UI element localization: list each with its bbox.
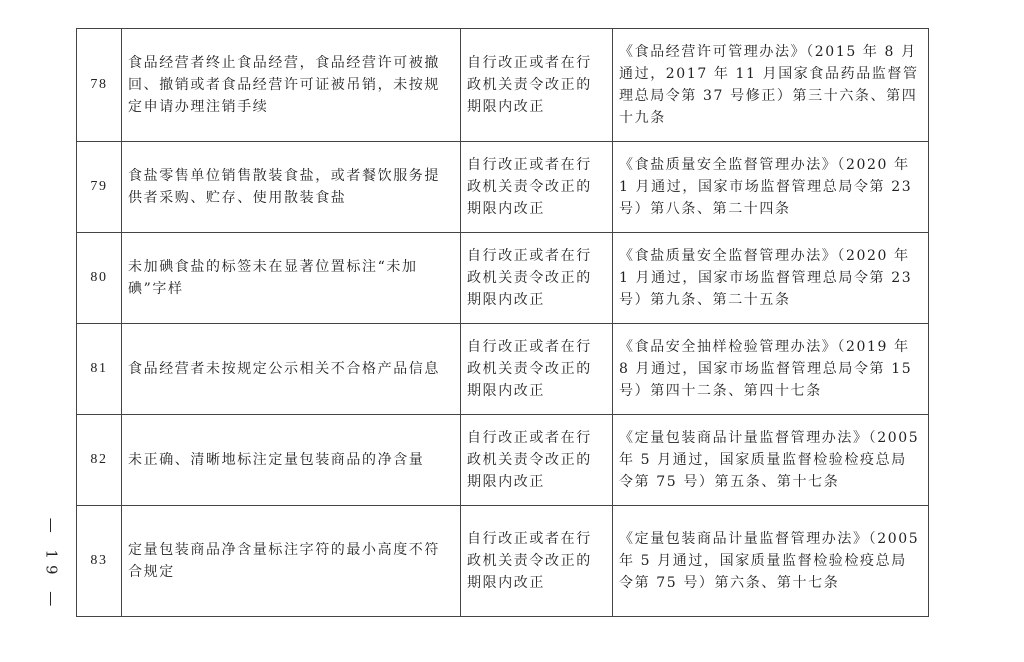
legal-basis: 《食品安全抽样检验管理办法》（2019 年 8 月通过，国家市场监督管理总局令第… <box>613 324 929 415</box>
violation-description: 食盐零售单位销售散装食盐，或者餐饮服务提供者采购、贮存、使用散装食盐 <box>122 142 461 233</box>
legal-basis: 《食品经营许可管理办法》（2015 年 8 月通过，2017 年 11 月国家食… <box>613 29 929 142</box>
correction-condition: 自行改正或者在行政机关责令改正的期限内改正 <box>461 324 613 415</box>
row-number: 79 <box>77 142 122 233</box>
violation-description: 食品经营者终止食品经营，食品经营许可被撤回、撤销或者食品经营许可证被吊销，未按规… <box>122 29 461 142</box>
table-row: 80 未加碘食盐的标签未在显著位置标注“未加碘”字样 自行改正或者在行政机关责令… <box>77 233 929 324</box>
legal-basis: 《食盐质量安全监督管理办法》（2020 年 1 月通过，国家市场监督管理总局令第… <box>613 233 929 324</box>
violation-description: 未加碘食盐的标签未在显著位置标注“未加碘”字样 <box>122 233 461 324</box>
violation-description: 未正确、清晰地标注定量包装商品的净含量 <box>122 415 461 506</box>
correction-condition: 自行改正或者在行政机关责令改正的期限内改正 <box>461 233 613 324</box>
table-row: 78 食品经营者终止食品经营，食品经营许可被撤回、撤销或者食品经营许可证被吊销，… <box>77 29 929 142</box>
correction-condition: 自行改正或者在行政机关责令改正的期限内改正 <box>461 142 613 233</box>
row-number: 83 <box>77 506 122 617</box>
page-number: — 19 — <box>36 520 66 610</box>
violations-table: 78 食品经营者终止食品经营，食品经营许可被撤回、撤销或者食品经营许可证被吊销，… <box>76 28 929 617</box>
table-row: 82 未正确、清晰地标注定量包装商品的净含量 自行改正或者在行政机关责令改正的期… <box>77 415 929 506</box>
row-number: 82 <box>77 415 122 506</box>
legal-basis: 《食盐质量安全监督管理办法》（2020 年 1 月通过，国家市场监督管理总局令第… <box>613 142 929 233</box>
table-row: 81 食品经营者未按规定公示相关不合格产品信息 自行改正或者在行政机关责令改正的… <box>77 324 929 415</box>
violation-description: 定量包装商品净含量标注字符的最小高度不符合规定 <box>122 506 461 617</box>
legal-basis: 《定量包装商品计量监督管理办法》（2005 年 5 月通过，国家质量监督检验检疫… <box>613 506 929 617</box>
row-number: 80 <box>77 233 122 324</box>
table-row: 79 食盐零售单位销售散装食盐，或者餐饮服务提供者采购、贮存、使用散装食盐 自行… <box>77 142 929 233</box>
correction-condition: 自行改正或者在行政机关责令改正的期限内改正 <box>461 29 613 142</box>
row-number: 78 <box>77 29 122 142</box>
correction-condition: 自行改正或者在行政机关责令改正的期限内改正 <box>461 506 613 617</box>
correction-condition: 自行改正或者在行政机关责令改正的期限内改正 <box>461 415 613 506</box>
legal-basis: 《定量包装商品计量监督管理办法》（2005 年 5 月通过，国家质量监督检验检疫… <box>613 415 929 506</box>
row-number: 81 <box>77 324 122 415</box>
table-row: 83 定量包装商品净含量标注字符的最小高度不符合规定 自行改正或者在行政机关责令… <box>77 506 929 617</box>
page-number-label: — 19 — <box>42 518 60 613</box>
violation-description: 食品经营者未按规定公示相关不合格产品信息 <box>122 324 461 415</box>
